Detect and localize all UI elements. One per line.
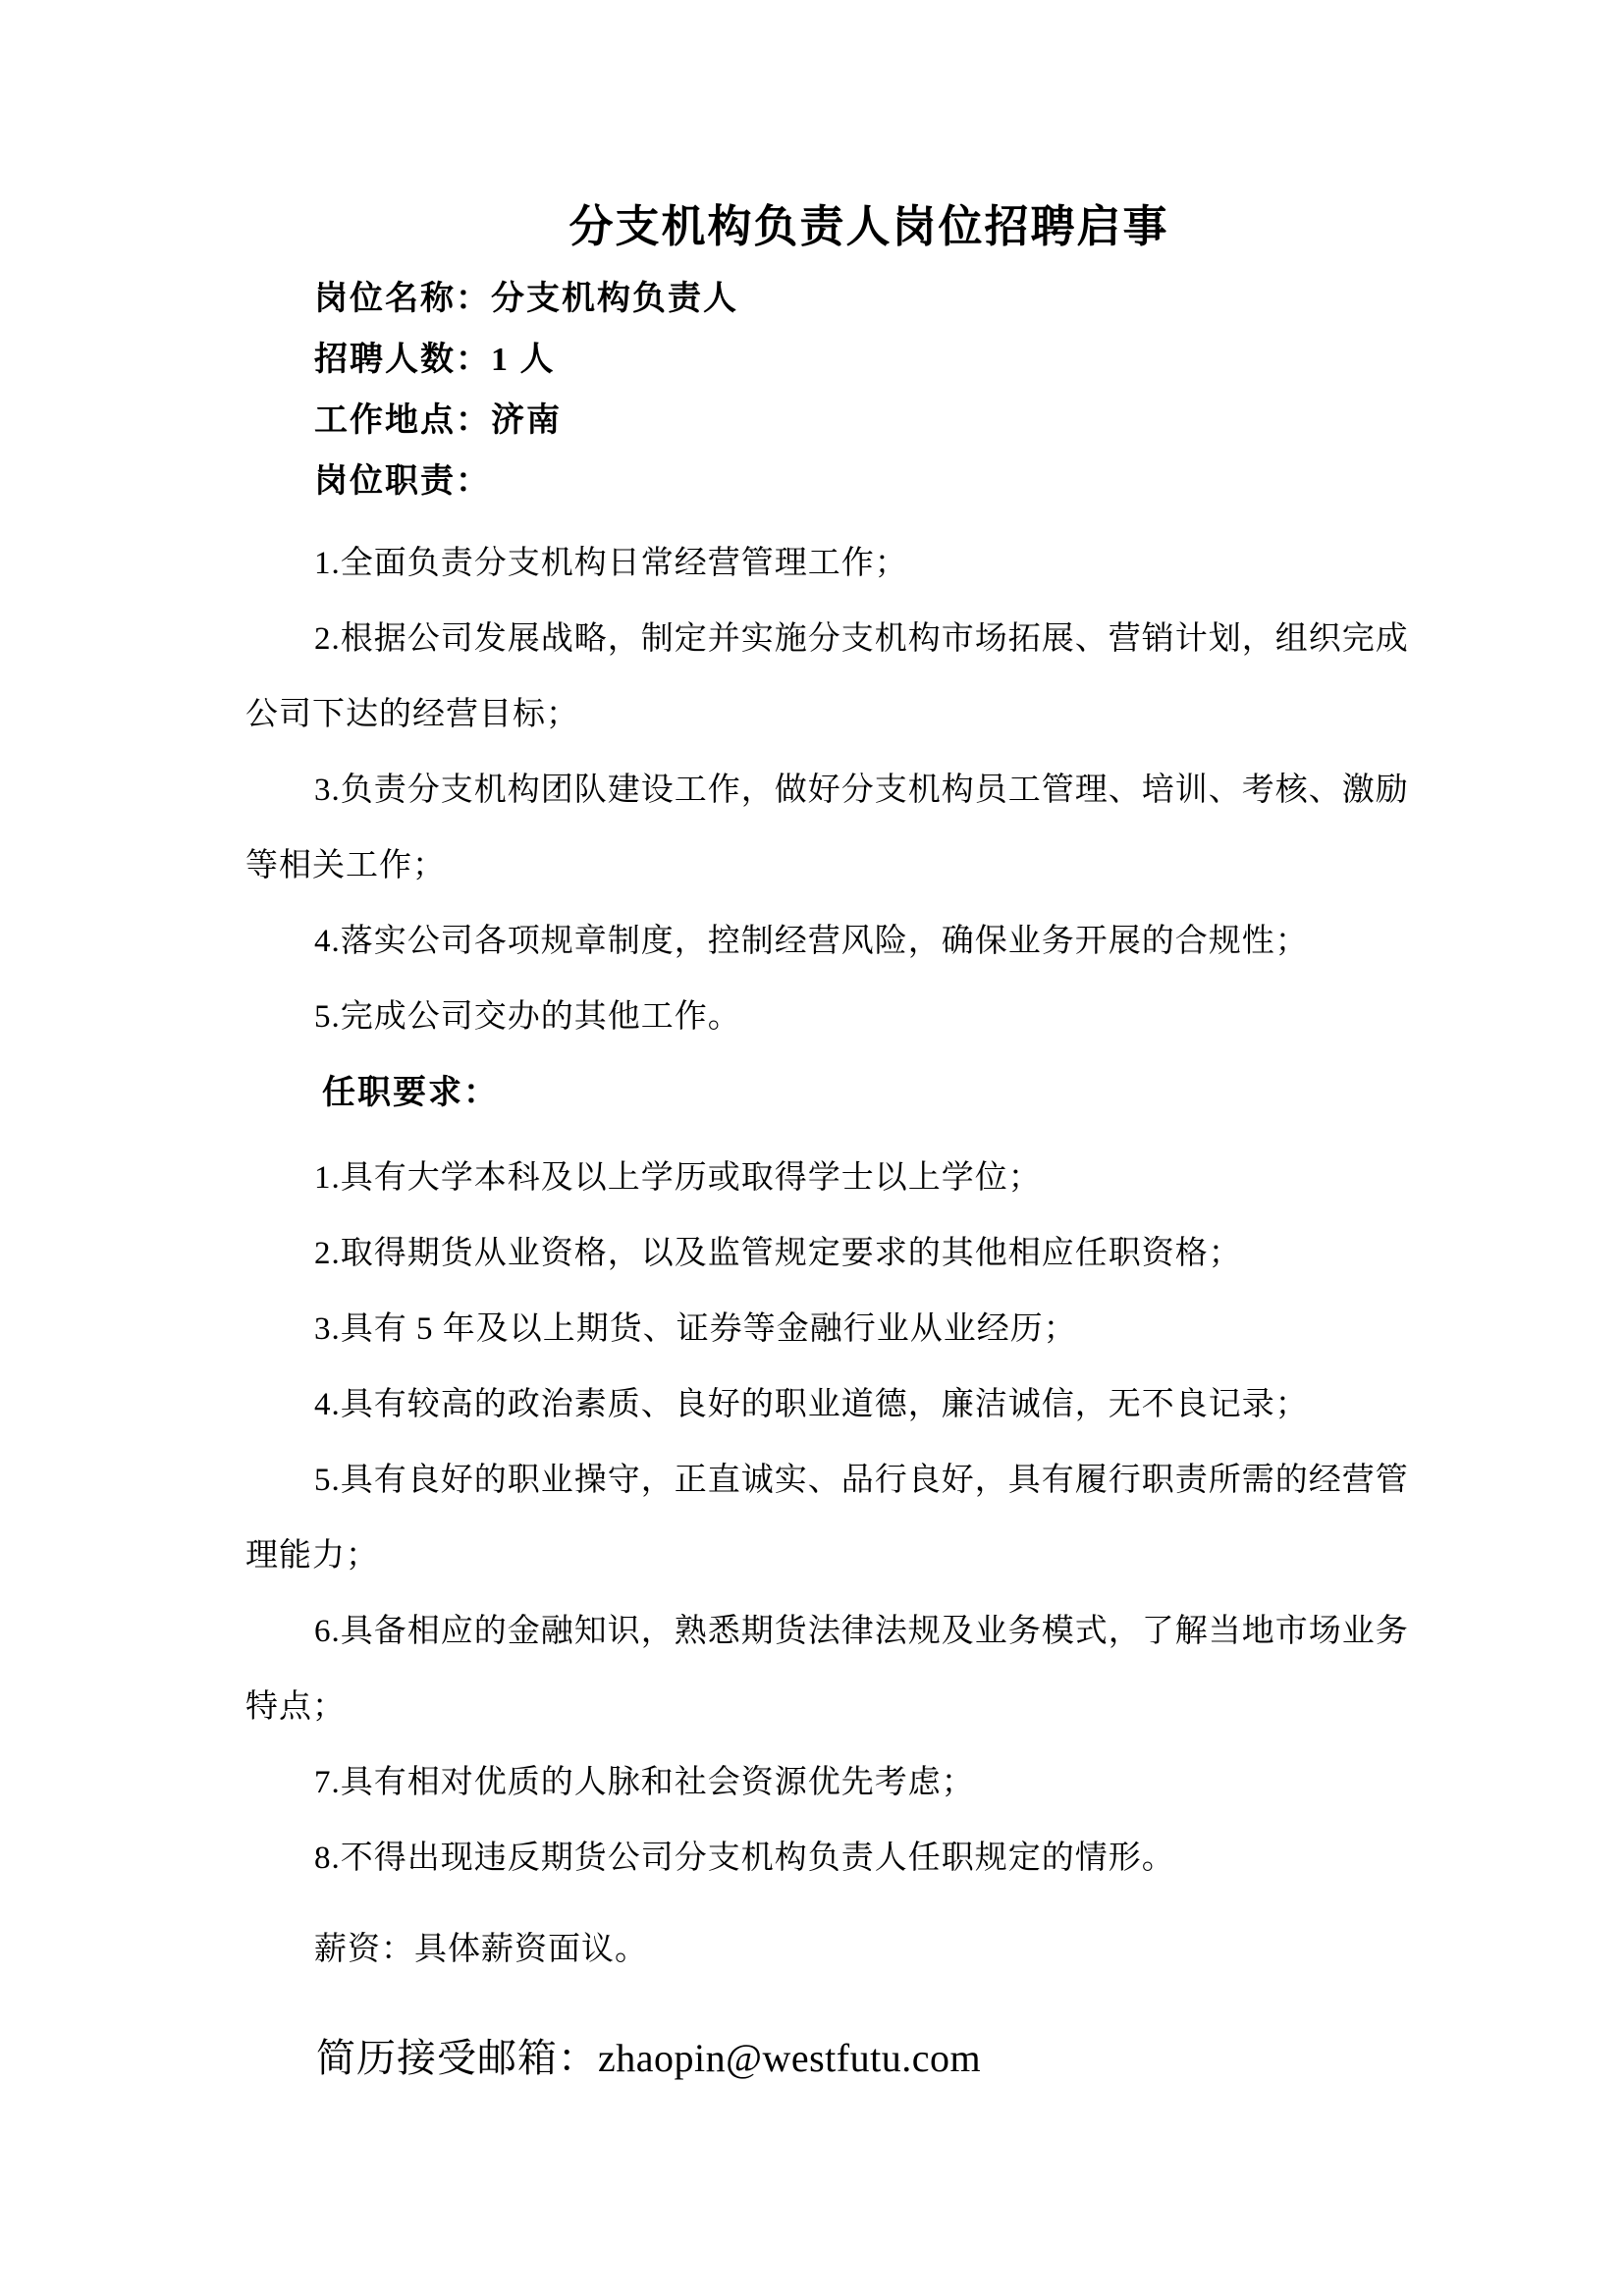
duty-item-4: 4.落实公司各项规章制度，控制经营风险，确保业务开展的合规性； [245,904,1434,980]
requirement-item-5: 5.具有良好的职业操守，正直诚实、品行良好，具有履行职责所需的经营管 理能力； [245,1443,1434,1594]
job-position-line: 岗位名称：分支机构负责人 [245,269,1434,330]
resume-email-line: 简历接受邮箱：zhaopin@westfutu.com [245,2031,1434,2086]
requirement-item-1: 1.具有大学本科及以上学历或取得学士以上学位； [245,1141,1434,1216]
requirement-item-7: 7.具有相对优质的人脉和社会资源优先考虑； [245,1745,1434,1821]
requirement-item-2: 2.取得期货从业资格，以及监管规定要求的其他相应任职资格； [245,1216,1434,1292]
duties-list: 1.全面负责分支机构日常经营管理工作； 2.根据公司发展战略，制定并实施分支机构… [245,526,1434,1055]
requirement-item-4: 4.具有较高的政治素质、良好的职业道德，廉洁诚信，无不良记录； [245,1367,1434,1443]
requirement-item-3: 3.具有 5 年及以上期货、证券等金融行业从业经历； [245,1292,1434,1367]
resume-email-address: zhaopin@westfutu.com [598,2036,981,2080]
resume-email-label: 简历接受邮箱： [316,2036,598,2080]
requirements-list: 1.具有大学本科及以上学历或取得学士以上学位； 2.取得期货从业资格，以及监管规… [245,1141,1434,1896]
duty-item-2: 2.根据公司发展战略，制定并实施分支机构市场拓展、营销计划，组织完成 公司下达的… [245,602,1434,753]
duty-item-3: 3.负责分支机构团队建设工作，做好分支机构员工管理、培训、考核、激励 等相关工作… [245,753,1434,904]
document-page: 分支机构负责人岗位招聘启事 岗位名称：分支机构负责人 招聘人数：1 人 工作地点… [0,0,1624,2296]
job-location-line: 工作地点：济南 [245,391,1434,452]
salary-line: 薪资：具体薪资面议。 [245,1912,1434,1988]
requirement-item-8: 8.不得出现违反期货公司分支机构负责人任职规定的情形。 [245,1821,1434,1896]
requirement-item-6: 6.具备相应的金融知识，熟悉期货法律法规及业务模式，了解当地市场业务 特点； [245,1594,1434,1745]
duty-item-1: 1.全面负责分支机构日常经营管理工作； [245,526,1434,602]
requirements-heading: 任职要求： [245,1055,1434,1131]
duty-item-5: 5.完成公司交办的其他工作。 [245,980,1434,1055]
page-title: 分支机构负责人岗位招聘启事 [304,192,1434,261]
job-headcount-line: 招聘人数：1 人 [245,330,1434,391]
duties-heading: 岗位职责： [245,452,1434,512]
job-meta-section: 岗位名称：分支机构负责人 招聘人数：1 人 工作地点：济南 岗位职责： [245,269,1434,512]
